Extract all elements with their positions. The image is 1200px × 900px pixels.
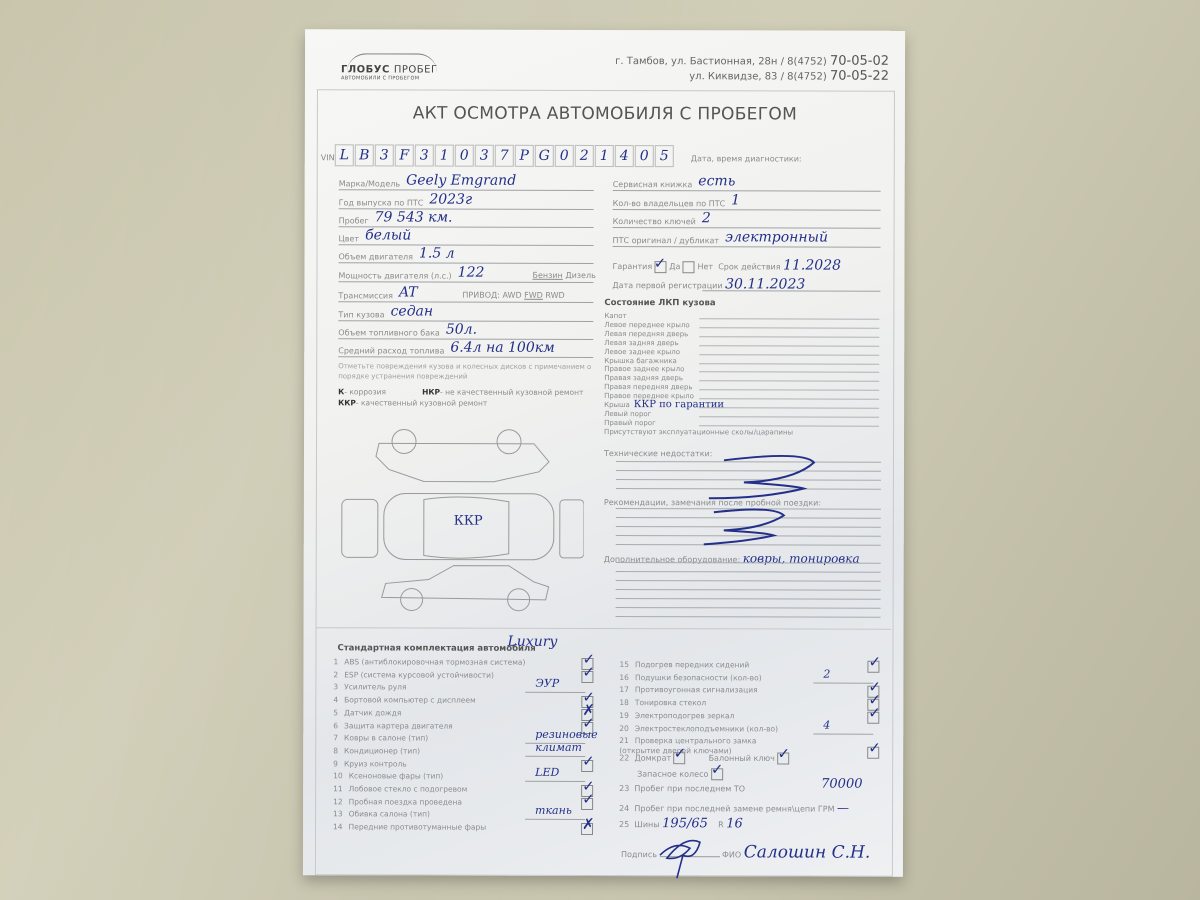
standard-trim[interactable]: Luxury — [507, 634, 557, 650]
equipment-number: 7 — [333, 733, 338, 742]
equip-jack: 22 Домкрат ✓ Балонный ключ ✓ — [619, 752, 789, 764]
equipment-item: 17Противоугонная сигнализация — [619, 685, 757, 694]
equipment-label: Передние противотуманные фары — [349, 822, 487, 831]
legend-text: - качественный кузовной ремонт — [356, 398, 487, 407]
fio-label: ФИО — [722, 850, 741, 859]
equipment-number: 16 — [619, 673, 629, 682]
equipment-label: Тонировка стекол — [635, 698, 706, 707]
equipment-checkbox[interactable]: ✓ — [581, 671, 593, 683]
field-value[interactable]: AT — [399, 284, 418, 300]
paint-title: Состояние ЛКП кузова — [604, 298, 715, 308]
vin-char-box[interactable]: 3 — [415, 145, 434, 167]
field-value[interactable]: 6.4л на 100км — [450, 340, 554, 356]
equipment-number: 2 — [333, 670, 338, 679]
paint-item-label: Присутствуют эксплуатационные сколы/цара… — [604, 428, 793, 436]
company-contacts: г. Тамбов, ул. Бастионная, 28н / 8(4752)… — [615, 54, 889, 85]
equipment-number: 5 — [333, 708, 338, 717]
field-label: Объем двигателя — [339, 252, 413, 261]
vin-char-box[interactable]: P — [515, 145, 534, 167]
equipment-note[interactable]: ЭУР — [535, 677, 559, 690]
equipment-label: Лобовое стекло с подогревом — [349, 784, 468, 793]
field-row: Марка/МодельGeely Emgrand — [339, 170, 517, 188]
equipment-note-line — [525, 692, 585, 693]
logo-subtitle: АВТОМОБИЛИ С ПРОБЕГОМ — [341, 75, 441, 81]
field-row: Мощность двигателя (л.с.)122 — [338, 262, 484, 280]
equipment-note-line — [525, 781, 585, 782]
address-1: г. Тамбов, ул. Бастионная, 28н / 8(4752) — [615, 56, 827, 68]
field-value[interactable]: 50л. — [446, 322, 477, 338]
field-label: Трансмиссия — [338, 291, 393, 300]
field-label: ПТС оригинал / дубликат — [613, 236, 720, 245]
field-label: Средний расход топлива — [338, 346, 444, 355]
equipment-number: 8 — [333, 746, 338, 755]
field-row: Тип кузоваседан — [338, 301, 433, 319]
vin-char-box[interactable]: 7 — [495, 145, 514, 167]
last-service-value[interactable]: 70000 — [821, 777, 862, 792]
vin-char-box[interactable]: 0 — [635, 145, 654, 167]
drive-awd[interactable]: AWD — [503, 291, 522, 300]
legend-text: - коррозия — [344, 387, 386, 396]
equipment-item: 6Защита картера двигателя — [333, 721, 452, 730]
field-label: Мощность двигателя (л.с.) — [338, 271, 451, 280]
tires-r-value[interactable]: 16 — [726, 816, 743, 831]
legend-item: НКР- не качественный кузовной ремонт — [422, 388, 583, 397]
inspection-form: ГЛОБУС ПРОБЕГ АВТОМОБИЛИ С ПРОБЕГОМ г. Т… — [303, 29, 905, 877]
field-value[interactable]: электронный — [725, 229, 828, 245]
field-value[interactable]: седан — [391, 303, 434, 319]
equipment-checkbox[interactable]: ✓ — [581, 760, 593, 772]
equipment-item: 1ABS (антиблокировочная тормозная систем… — [333, 657, 525, 667]
legend-text: - не качественный кузовной ремонт — [440, 388, 583, 397]
check-mark: ✓ — [582, 752, 595, 770]
field-row: Объем топливного бака50л. — [338, 319, 477, 337]
equipment-note-line — [525, 756, 585, 757]
equipment-item: 8Кондиционер (тип) — [333, 746, 420, 755]
equipment-item: 18Тонировка стекол — [619, 698, 706, 707]
car-diagram-mark: ККР — [454, 514, 483, 529]
equipment-label: Датчик дождя — [344, 708, 401, 717]
equipment-number: 9 — [333, 759, 338, 768]
timing-belt-value[interactable]: — — [837, 801, 849, 815]
signature-label: Подпись — [621, 850, 657, 859]
equipment-checkbox[interactable]: ✓ — [867, 711, 879, 723]
equipment-number: 15 — [619, 660, 629, 669]
field-label: Кол-во владельцев по ПТС — [613, 199, 726, 208]
field-row: Объем двигателя1.5 л — [339, 243, 455, 261]
vin-char-box[interactable]: 1 — [595, 145, 614, 167]
equipment-number: 20 — [619, 724, 629, 733]
equipment-note[interactable]: ткань — [535, 804, 572, 817]
equipment-item: 4Бортовой компьютер с дисплеем — [333, 695, 475, 704]
field-row: ПТС оригинал / дубликатэлектронный — [613, 227, 829, 246]
equipment-item: 14Передние противотуманные фары — [333, 822, 486, 831]
equipment-label: Противоугонная сигнализация — [635, 685, 758, 694]
field-value[interactable]: 1.5 л — [419, 246, 455, 262]
damage-note: Отметьте повреждения кузова и колесных д… — [338, 361, 598, 382]
vin-boxes: LB3F31037PG021405 — [335, 144, 675, 167]
equip-spare: Запасное колесо ✓ — [637, 768, 723, 780]
equipment-item: 13Обивка салона (тип) — [333, 810, 430, 819]
paint-item: Присутствуют эксплуатационные сколы/цара… — [604, 426, 797, 438]
equipment-number: 11 — [333, 784, 343, 793]
vin-char-box[interactable]: G — [535, 145, 554, 167]
equipment-number: 10 — [333, 772, 343, 781]
signature-scribble — [655, 820, 715, 880]
strike-through-marks — [704, 450, 834, 550]
equipment-number: 14 — [333, 822, 343, 831]
vin-char-box[interactable]: 0 — [455, 145, 474, 167]
legend-code: ККР — [338, 398, 356, 407]
check-mark: ✓ — [582, 663, 595, 681]
first-registration-label: Дата первой регистрации — [612, 281, 722, 290]
equipment-item: 10Ксеноновые фары (тип) — [333, 772, 443, 781]
field-value[interactable]: 2 — [702, 210, 711, 226]
field-row: Средний расход топлива6.4л на 100км — [338, 337, 554, 356]
check-mark: ✓ — [868, 703, 881, 721]
equipment-note[interactable]: резиновые — [535, 728, 597, 741]
field-value[interactable]: 1 — [731, 192, 740, 208]
wheel-key-checkbox[interactable]: ✓ — [777, 752, 789, 764]
equipment-item: 12Пробная поездка проведена — [333, 797, 462, 806]
equipment-label: Электростеклоподъемники (кол-во) — [635, 724, 778, 733]
equipment-item: 11Лобовое стекло с подогревом — [333, 784, 467, 793]
equipment-item: 2ESP (система курсовой устойчивости) — [333, 670, 494, 679]
equipment-label: ABS (антиблокировочная тормозная система… — [344, 657, 525, 666]
phone-2: 70-05-22 — [830, 69, 889, 84]
field-label: Объем топливного бака — [338, 328, 440, 337]
field-value[interactable]: Geely Emgrand — [406, 172, 516, 188]
warranty-row: Гарантия ✓ Да Нет Срок действия 11.2028 — [612, 257, 841, 274]
warranty-yes-label: Да — [669, 262, 680, 271]
vin-label: VIN — [321, 153, 335, 162]
vin-char-box[interactable]: 2 — [575, 145, 594, 167]
field-row: Сервисная книжкаесть — [613, 171, 736, 189]
phone-1: 70-05-02 — [830, 54, 889, 69]
tech-defects-label: Технические недостатки: — [604, 449, 712, 458]
equipment-label: Кондиционер (тип) — [344, 746, 420, 755]
equipment-label: Подогрев передних сидений — [635, 660, 749, 669]
logo-main: ГЛОБУС — [341, 64, 390, 75]
warranty-label: Гарантия — [612, 262, 652, 271]
legend-item: К- коррозия — [338, 387, 386, 396]
field-value[interactable]: белый — [365, 227, 411, 243]
vin-char-box[interactable]: 3 — [475, 145, 494, 167]
equipment-item: 9Круиз контроль — [333, 759, 407, 768]
equipment-item: 16Подушки безопасности (кол-во) — [619, 673, 761, 682]
fio-value[interactable]: Салошин С.Н. — [744, 842, 871, 862]
equipment-number: 13 — [333, 810, 343, 819]
equipment-note[interactable]: 4 — [823, 718, 830, 731]
equipment-label: Ковры в салоне (тип) — [344, 734, 428, 743]
warranty-term-value[interactable]: 11.2028 — [783, 257, 841, 273]
field-row: Количество ключей2 — [613, 208, 711, 226]
equip-timing-belt: 24 Пробег при последней замене ремня\цеп… — [619, 800, 849, 815]
drive-options: ПРИВОД: AWD FWD RWD — [462, 291, 564, 300]
vin-char-box[interactable]: 4 — [615, 145, 634, 167]
equipment-label: Обивка салона (тип) — [349, 810, 430, 819]
equipment-number: 17 — [619, 685, 629, 694]
equipment-label: Бортовой компьютер с дисплеем — [344, 695, 476, 704]
equipment-label: Круиз контроль — [344, 759, 407, 768]
legend-item: ККР- качественный кузовной ремонт — [338, 398, 487, 407]
standard-title: Стандартная комплектация автомобиля — [337, 643, 535, 654]
equipment-checkbox[interactable]: ✗ — [581, 823, 593, 835]
check-mark: ✗ — [582, 815, 595, 833]
equipment-label: ESP (система курсовой устойчивости) — [344, 670, 494, 679]
check-mark: ✓ — [868, 739, 881, 757]
equipment-number: 19 — [619, 711, 629, 720]
equipment-number: 12 — [333, 797, 343, 806]
drive-rwd[interactable]: RWD — [545, 291, 564, 300]
vin-char-box[interactable]: 1 — [435, 145, 454, 167]
equipment-item: 5Датчик дождя — [333, 708, 401, 717]
equipment-note-line — [813, 733, 873, 734]
vin-char-box[interactable]: F — [395, 144, 414, 166]
vin-char-box[interactable]: 0 — [555, 145, 574, 167]
warranty-no-label: Нет — [697, 262, 713, 271]
equipment-number: 18 — [619, 698, 629, 707]
equipment-note[interactable]: LED — [535, 766, 559, 779]
equipment-number: 1 — [333, 657, 338, 666]
field-label: Тип кузова — [338, 310, 384, 319]
equipment-item: 7Ковры в салоне (тип) — [333, 733, 428, 742]
equipment-label: Усилитель руля — [344, 683, 406, 692]
vin-char-box[interactable]: 5 — [655, 145, 674, 167]
equipment-checkbox[interactable]: ✓ — [581, 798, 593, 810]
equipment-label: Пробная поездка проведена — [349, 797, 462, 806]
equipment-label: Защита картера двигателя — [344, 721, 453, 730]
equipment-note-line — [525, 819, 585, 820]
vin-char-box[interactable]: 3 — [375, 144, 394, 166]
field-label: Марка/Модель — [339, 179, 400, 188]
equipment-checkbox[interactable]: ✓ — [867, 747, 879, 759]
address-2: ул. Киквидзе, 83 / 8(4752) — [689, 71, 827, 82]
field-label: Сервисная книжка — [613, 180, 693, 189]
check-mark: ✓ — [868, 653, 881, 671]
equipment-item: 3Усилитель руля — [333, 683, 406, 692]
logo-main-thin: ПРОБЕГ — [394, 64, 438, 75]
field-label: Количество ключей — [613, 217, 696, 226]
field-label: Цвет — [339, 234, 360, 243]
drive-fwd[interactable]: FWD — [524, 291, 543, 300]
field-row: Цветбелый — [339, 225, 412, 243]
equipment-number: 3 — [333, 683, 338, 692]
equip-last-service: 23 Пробег при последнем ТО — [619, 784, 745, 793]
warranty-no-checkbox[interactable] — [683, 261, 695, 273]
equipment-number: 6 — [333, 721, 338, 730]
equipment-label: Электроподогрев зеркал — [635, 711, 735, 720]
vin-char-box[interactable]: B — [355, 144, 374, 166]
equipment-note[interactable]: 2 — [823, 667, 830, 680]
equipment-item: 15Подогрев передних сидений — [619, 660, 749, 669]
fuel-petrol[interactable]: Бензин — [532, 271, 562, 280]
field-value[interactable]: 79 543 км. — [375, 209, 453, 225]
equipment-label: Подушки безопасности (кол-во) — [635, 673, 762, 682]
equipment-label: Ксеноновые фары (тип) — [349, 772, 443, 781]
equipment-note-line — [813, 682, 873, 683]
legend-code: НКР — [422, 388, 440, 397]
equipment-number: 4 — [333, 695, 338, 704]
fuel-diesel[interactable]: Дизель — [565, 271, 595, 280]
equipment-note[interactable]: климат — [535, 741, 582, 754]
field-label: Год выпуска по ПТС — [339, 198, 424, 207]
field-value[interactable]: 2023г — [429, 192, 472, 208]
field-row: ТрансмиссияAT — [338, 282, 417, 300]
company-logo: ГЛОБУС ПРОБЕГ АВТОМОБИЛИ С ПРОБЕГОМ — [341, 53, 441, 81]
warranty-yes-checkbox[interactable]: ✓ — [655, 261, 667, 273]
field-row: Год выпуска по ПТС2023г — [339, 189, 472, 207]
equipment-checkbox[interactable]: ✓ — [867, 661, 879, 673]
diagnostics-label: Дата, время диагностики: — [691, 154, 802, 163]
equipment-item: 20Электростеклоподъемники (кол-во) — [619, 724, 778, 733]
field-row: Кол-во владельцев по ПТС1 — [613, 190, 740, 208]
field-value[interactable]: есть — [698, 173, 735, 189]
field-row: Пробег79 543 км. — [339, 207, 453, 225]
check-mark: ✓ — [582, 790, 595, 808]
jack-checkbox[interactable]: ✓ — [674, 752, 686, 764]
spare-checkbox[interactable]: ✓ — [711, 768, 723, 780]
field-label: Пробег — [339, 216, 369, 225]
drive-label: ПРИВОД: — [462, 291, 500, 300]
equipment-number: 21 — [619, 736, 629, 745]
vin-char-box[interactable]: L — [335, 144, 354, 166]
equipment-item: 19Электроподогрев зеркал — [619, 711, 734, 720]
fuel-options: Бензин Дизель — [532, 271, 595, 280]
document-title: АКТ ОСМОТРА АВТОМОБИЛЯ С ПРОБЕГОМ — [305, 103, 905, 125]
field-value[interactable]: 122 — [458, 265, 485, 281]
warranty-term-label: Срок действия — [718, 262, 780, 271]
